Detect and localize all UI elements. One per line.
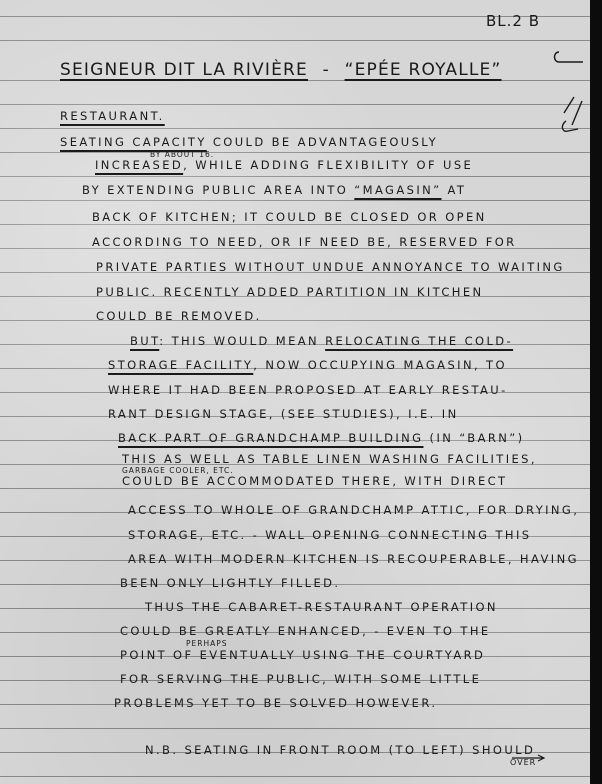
underlined-text: But [130, 334, 159, 348]
line-text: could be accommodated there, with direct [122, 474, 507, 488]
underlined-text: back part of Grandchamp building [118, 431, 424, 445]
line-text: (in “Barn”) [424, 431, 525, 445]
handwritten-line: storage, etc. - Wall opening connecting … [128, 530, 531, 542]
handwritten-line: access to whole of Grandchamp Attic, for… [128, 505, 579, 517]
handwritten-line: Thus the cabaret-restaurant operation [145, 602, 498, 614]
line-text: public. Recently added partition in kitc… [96, 285, 484, 299]
handwritten-line: This as well as table linen washing faci… [122, 454, 537, 466]
handwritten-line: for serving the public, with some little [120, 674, 481, 686]
line-text: could be removed. [96, 309, 262, 323]
line-text: rant design stage, (see studies), i.e. i… [108, 407, 459, 421]
line-text: been only lightly filled. [120, 576, 340, 590]
line-text: point of eventually using the courtyard [120, 648, 485, 662]
section-heading: Restaurant. [60, 111, 165, 123]
handwritten-line: problems yet to be solved however. [114, 698, 437, 710]
line-text: where it had been proposed at early rest… [108, 383, 508, 397]
handwritten-line: Seating capacity could be advantageously [60, 137, 438, 149]
page-title: Seigneur dit La Rivière - “Epée Royalle” [60, 62, 502, 79]
title-part-2: “Epée Royalle” [345, 60, 502, 80]
handwritten-line: according to need, or if need be, reserv… [92, 237, 517, 249]
underlined-text: Seating capacity [60, 135, 207, 149]
line-text: storage, etc. - Wall opening connecting … [128, 528, 531, 542]
handwritten-line: back of kitchen; it could be closed or o… [92, 212, 487, 224]
handwritten-line: by extending public area into “Magasin” … [82, 185, 466, 197]
line-text: , while adding flexibility of use [183, 158, 473, 172]
handwritten-line: back part of Grandchamp building (in “Ba… [118, 433, 525, 445]
handwritten-line: been only lightly filled. [120, 578, 340, 590]
handwritten-line: area with modern kitchen is recouperable… [128, 554, 579, 566]
line-text: by extending public area into [82, 183, 354, 197]
inserted-annotation: perhaps [186, 639, 228, 648]
line-text: : this would mean [159, 334, 325, 348]
title-dash: - [323, 60, 330, 80]
handwritten-line: could be removed. [96, 311, 262, 323]
title-part-1: Seigneur dit La Rivière [60, 60, 308, 80]
handwritten-line: storage facility, now occupying magasin,… [108, 360, 507, 372]
corner-bracket-mark [545, 50, 585, 64]
underlined-text: relocating the cold- [325, 334, 513, 348]
line-text: , now occupying magasin, to [253, 358, 507, 372]
line-text: access to whole of Grandchamp Attic, for… [128, 503, 579, 517]
line-text: according to need, or if need be, reserv… [92, 235, 517, 249]
handwritten-line: public. Recently added partition in kitc… [96, 287, 484, 299]
handwritten-line: could be accommodated there, with direct [122, 476, 507, 488]
handwritten-page: BL.2 B Seigneur dit La Rivière - “Epée R… [0, 0, 602, 784]
handwritten-line: private parties without undue annoyance … [96, 262, 565, 274]
document-reference: BL.2 B [486, 14, 540, 29]
line-text: could be advantageously [207, 135, 438, 149]
handwritten-line: rant design stage, (see studies), i.e. i… [108, 409, 459, 421]
line-text: could be greatly enhanced, - even to the [120, 624, 491, 638]
underlined-text: storage facility [108, 358, 253, 372]
line-text: area with modern kitchen is recouperable… [128, 552, 579, 566]
line-text: at [441, 183, 466, 197]
handwritten-line: N.B. Seating in front room (to left) sho… [145, 745, 535, 757]
margin-check-mark [560, 95, 586, 135]
handwritten-line: could be greatly enhanced, - even to the [120, 626, 491, 638]
handwritten-line: But: this would mean relocating the cold… [130, 336, 513, 348]
line-text: back of kitchen; it could be closed or o… [92, 210, 487, 224]
line-text: Thus the cabaret-restaurant operation [145, 600, 498, 614]
continuation-note: over [510, 758, 536, 767]
line-text: This as well as table linen washing faci… [122, 452, 537, 466]
line-text: problems yet to be solved however. [114, 696, 437, 710]
handwritten-line: point of eventually using the courtyard [120, 650, 485, 662]
handwritten-line: where it had been proposed at early rest… [108, 385, 508, 397]
underlined-text: increased [95, 158, 183, 172]
underlined-text: “Magasin” [354, 183, 441, 197]
line-text: private parties without undue annoyance … [96, 260, 565, 274]
line-text: N.B. Seating in front room (to left) sho… [145, 743, 535, 757]
line-text: for serving the public, with some little [120, 672, 481, 686]
handwritten-line: increased, while adding flexibility of u… [95, 160, 473, 172]
